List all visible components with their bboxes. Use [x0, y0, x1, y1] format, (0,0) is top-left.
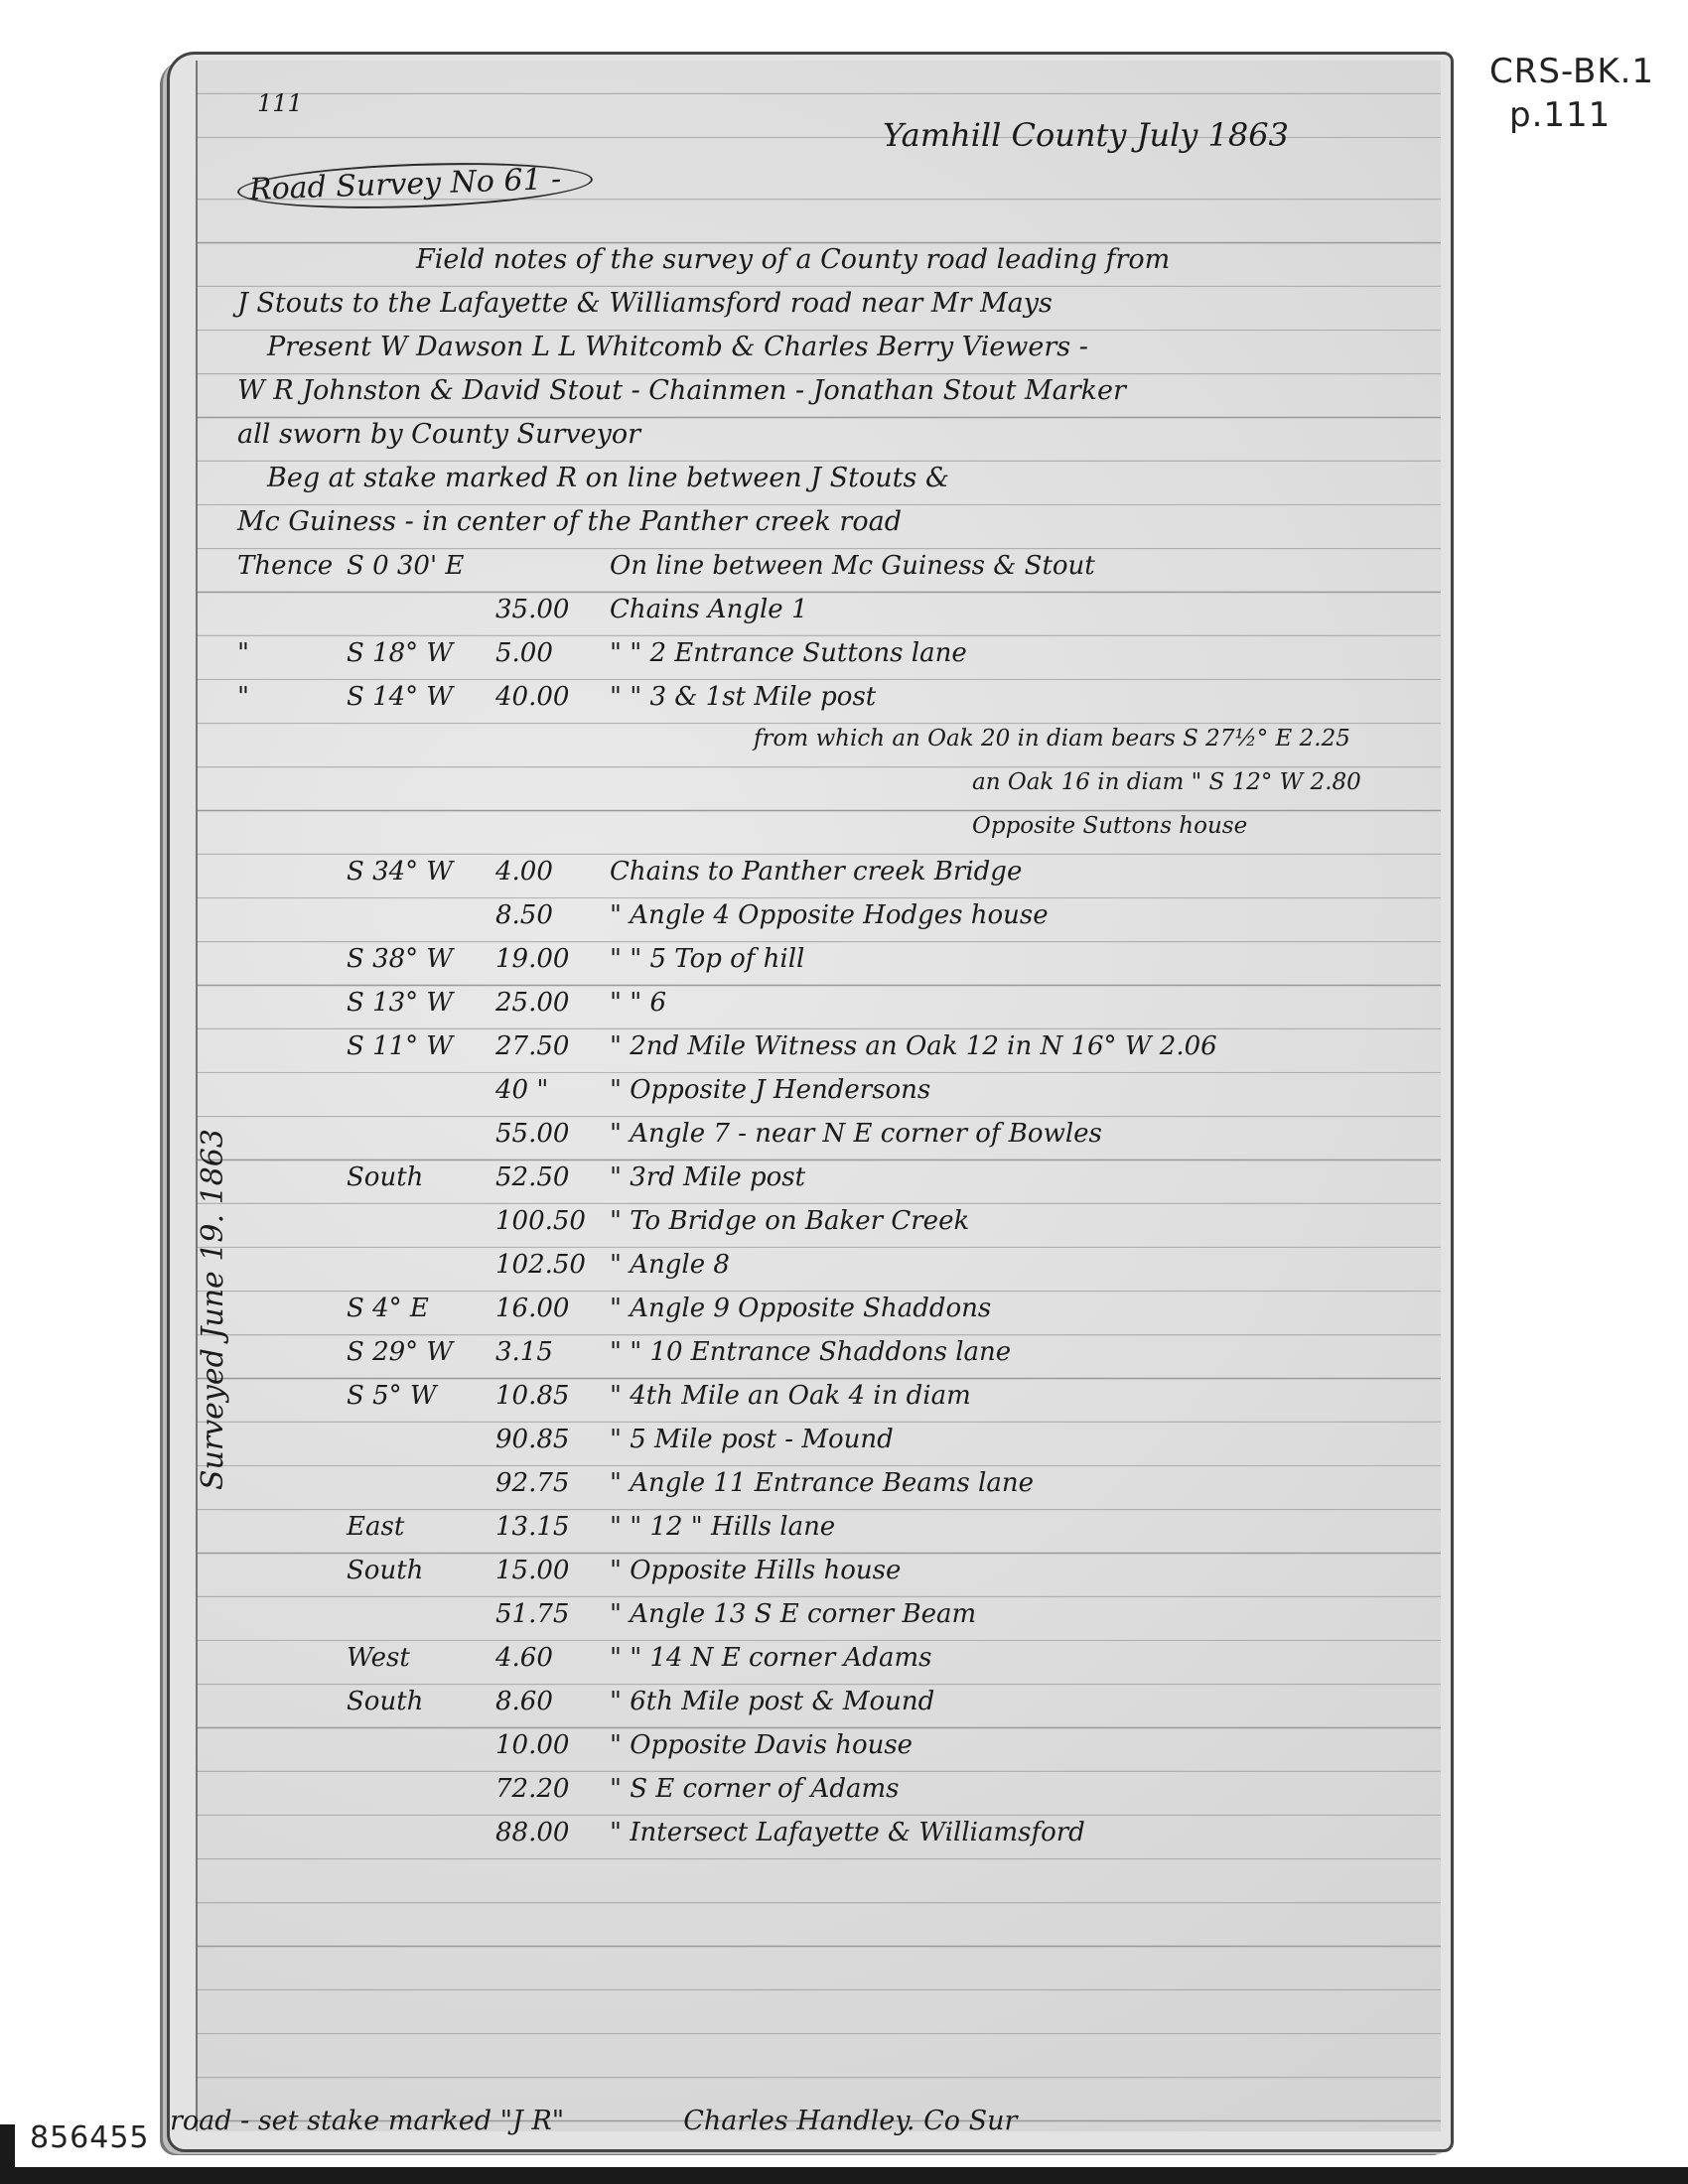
- intro-line: Beg at stake marked R on line between J …: [267, 464, 949, 493]
- table-row: 72.20" S E corner of Adams: [198, 1770, 1441, 1814]
- table-row: 102.50" Angle 8: [198, 1246, 1441, 1290]
- archive-book-ref: CRS-BK.1: [1489, 50, 1668, 93]
- county-date-heading: Yamhill County July 1863: [883, 120, 1289, 150]
- survey-title: Road Survey No 61 -: [236, 158, 594, 213]
- table-row: 40 "" Opposite J Hendersons: [198, 1071, 1441, 1115]
- table-row: 88.00" Intersect Lafayette & Williamsfor…: [198, 1814, 1441, 1857]
- page-number: 111: [257, 88, 303, 118]
- intro-line: all sworn by County Surveyor: [237, 420, 640, 450]
- table-row: West4.60" " 14 N E corner Adams: [198, 1639, 1441, 1683]
- table-row: South52.50" 3rd Mile post: [198, 1159, 1441, 1202]
- table-row: S 34° W4.00Chains to Panther creek Bridg…: [198, 853, 1441, 896]
- table-row: "S 14° W40.00" " 3 & 1st Mile post: [198, 678, 1441, 722]
- table-row: 10.00" Opposite Davis house: [198, 1726, 1441, 1770]
- table-row: 100.50" To Bridge on Baker Creek: [198, 1202, 1441, 1246]
- table-row: S 38° W19.00" " 5 Top of hill: [198, 940, 1441, 984]
- table-row: S 13° W25.00" " 6: [198, 984, 1441, 1027]
- intro-line: Mc Guiness - in center of the Panther cr…: [237, 507, 902, 537]
- intro-line: Field notes of the survey of a County ro…: [237, 245, 1170, 275]
- scan-border-bottom: [0, 2167, 1688, 2184]
- table-row: 35.00Chains Angle 1: [198, 591, 1441, 634]
- table-row: Opposite Suttons house: [198, 809, 1441, 853]
- closing-text: road - set stake marked "J R": [170, 2106, 564, 2136]
- table-row: S 11° W27.50" 2nd Mile Witness an Oak 12…: [198, 1027, 1441, 1071]
- table-row: from which an Oak 20 in diam bears S 27½…: [198, 722, 1441, 765]
- table-row: 51.75" Angle 13 S E corner Beam: [198, 1595, 1441, 1639]
- ledger-book: 111 Yamhill County July 1863 Road Survey…: [167, 52, 1454, 2152]
- table-row: S 5° W10.85" 4th Mile an Oak 4 in diam: [198, 1377, 1441, 1421]
- table-row: East13.15" " 12 " Hills lane: [198, 1508, 1441, 1552]
- table-row: South8.60" 6th Mile post & Mound: [198, 1683, 1441, 1726]
- closing-line: road - set stake marked "J R"Charles Han…: [170, 2106, 1017, 2136]
- archive-item-number: 856455: [30, 2120, 150, 2155]
- table-row: an Oak 16 in diam " S 12° W 2.80: [198, 765, 1441, 809]
- table-row: 55.00" Angle 7 - near N E corner of Bowl…: [198, 1115, 1441, 1159]
- archive-page-ref: p.111: [1489, 93, 1668, 137]
- table-row: South15.00" Opposite Hills house: [198, 1552, 1441, 1595]
- intro-line: W R Johnston & David Stout - Chainmen - …: [237, 376, 1126, 406]
- ledger-page: 111 Yamhill County July 1863 Road Survey…: [196, 61, 1441, 2131]
- table-row: "S 18° W5.00" " 2 Entrance Suttons lane: [198, 634, 1441, 678]
- table-row: S 29° W3.15" " 10 Entrance Shaddons lane: [198, 1333, 1441, 1377]
- intro-line: Present W Dawson L L Whitcomb & Charles …: [267, 333, 1088, 362]
- table-row: ThenceS 0 30' EOn line between Mc Guines…: [198, 547, 1441, 591]
- archive-reference: CRS-BK.1 p.111: [1489, 50, 1668, 137]
- table-row: 92.75" Angle 11 Entrance Beams lane: [198, 1464, 1441, 1508]
- table-row: 90.85" 5 Mile post - Mound: [198, 1421, 1441, 1464]
- table-row: 8.50" Angle 4 Opposite Hodges house: [198, 896, 1441, 940]
- surveyor-signature: Charles Handley. Co Sur: [564, 2106, 1017, 2136]
- intro-line: J Stouts to the Lafayette & Williamsford…: [237, 289, 1053, 319]
- table-row: S 4° E16.00" Angle 9 Opposite Shaddons: [198, 1290, 1441, 1333]
